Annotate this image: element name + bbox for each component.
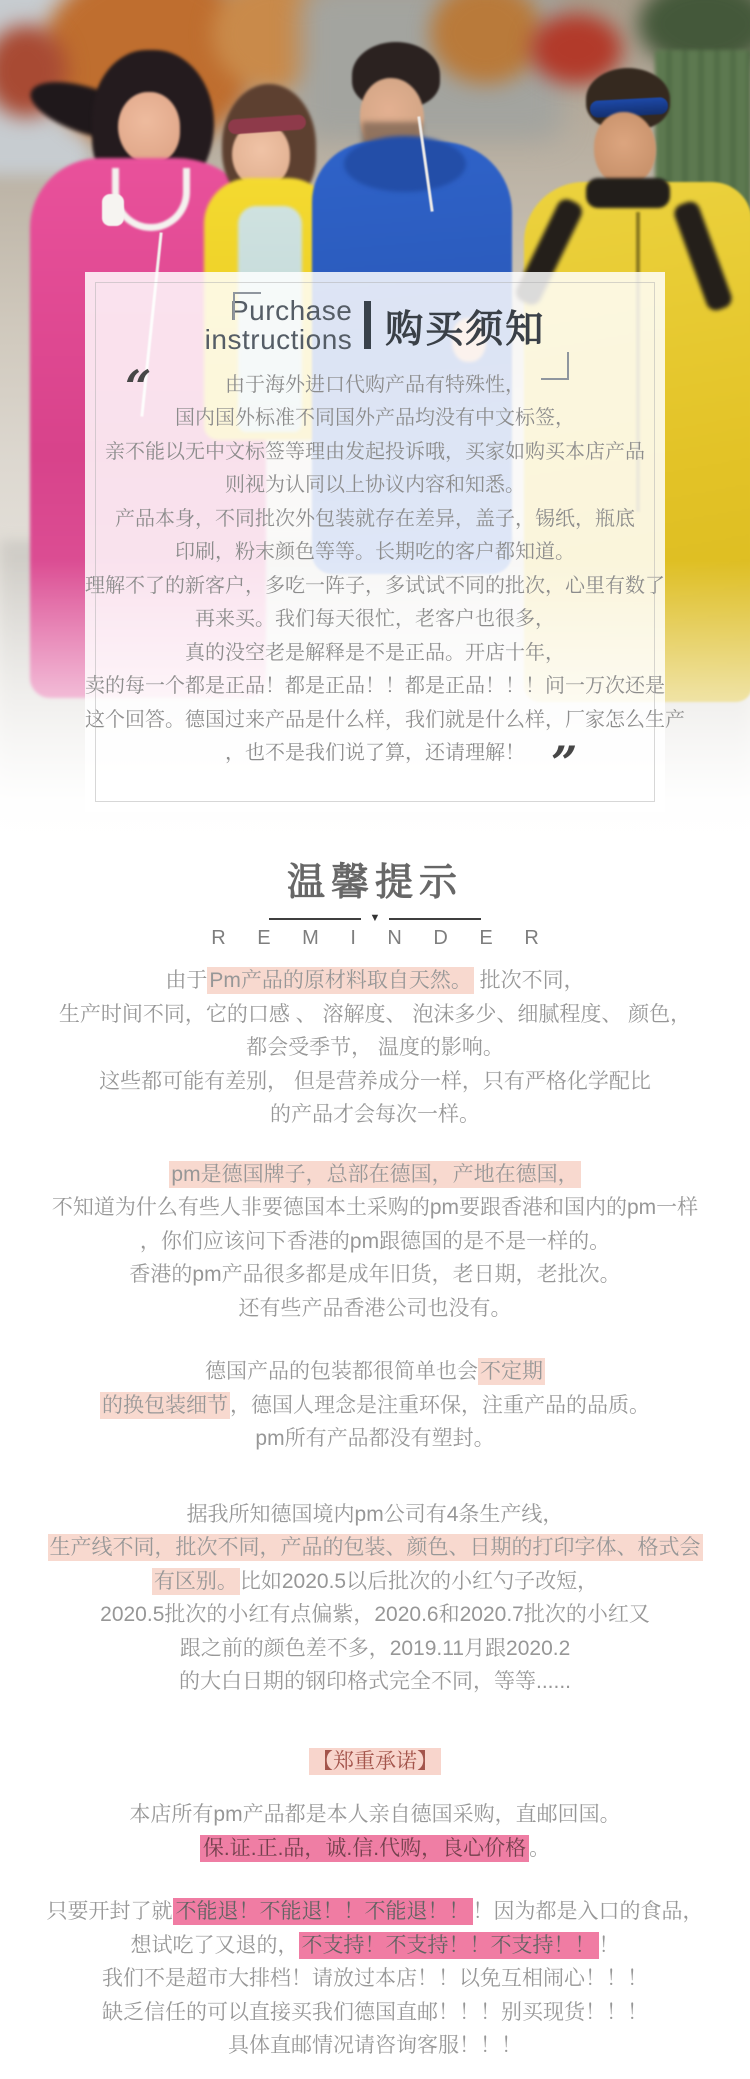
text-line: pm是德国牌子，总部在德国，产地在德国， <box>0 1158 750 1192</box>
text-line: 这些都可能有差别， 但是营养成分一样，只有严格化学配比 <box>0 1065 750 1099</box>
text-line: 不知道为什么有些人非要德国本土采购的pm要跟香港和国内的pm一样 <box>0 1191 750 1225</box>
reminder-blocks: 由于Pm产品的原材料取自天然。 批次不同，生产时间不同，它的口感 、 溶解度、 … <box>0 964 750 2063</box>
notice-header: Purchase instructions 购买须知 <box>85 272 665 355</box>
hero-photo: Purchase instructions 购买须知 “ 由于海外进口代购产品有… <box>0 0 750 845</box>
text-line: 真的没空老是解释是不是正品。开店十年， <box>85 637 665 671</box>
reminder-block: pm是德国牌子，总部在德国，产地在德国，不知道为什么有些人非要德国本土采购的pm… <box>0 1158 750 1326</box>
text-line: 香港的pm产品很多都是成年旧货，老日期，老批次。 <box>0 1258 750 1292</box>
text-segment: ，也不是我们说了算，还请理解！ <box>225 742 525 764</box>
text-segment: 产品本身，不同批次外包装就存在差异，盖子，锡纸，瓶底 <box>115 508 635 530</box>
text-segment: 批次不同， <box>474 969 585 992</box>
text-segment: 国内国外标准不同国外产品均没有中文标签， <box>175 407 575 429</box>
highlighted-text: 【郑重承诺】 <box>309 1748 441 1775</box>
notice-title-zh: 购买须知 <box>385 298 545 353</box>
quote-open-icon: “ <box>125 364 151 410</box>
text-line: 据我所知德国境内pm公司有4条生产线， <box>0 1498 750 1532</box>
text-line: 产品本身，不同批次外包装就存在差异，盖子，锡纸，瓶底 <box>85 503 665 537</box>
reminder-block: 【郑重承诺】本店所有pm产品都是本人亲自德国采购，直邮回国。保.证.正.品，诚.… <box>0 1745 750 1866</box>
highlighted-text: pm是德国牌子，总部在德国，产地在德国， <box>169 1161 580 1188</box>
notice-card: Purchase instructions 购买须知 “ 由于海外进口代购产品有… <box>85 272 665 812</box>
text-line: 由于海外进口代购产品有特殊性， <box>85 369 665 403</box>
text-segment: pm所有产品都没有塑封。 <box>255 1427 494 1450</box>
text-line: 亲不能以无中文标签等理由发起投诉哦，买家如购买本店产品 <box>85 436 665 470</box>
text-segment: 的产品才会每次一样。 <box>270 1103 480 1126</box>
text-segment: 2020.5批次的小红有点偏紫，2020.6和2020.7批次的小红又 <box>100 1603 650 1626</box>
text-segment: 只要开封了就 <box>47 1900 173 1923</box>
notice-title-en-line2: instructions <box>205 325 353 354</box>
promo-page: Purchase instructions 购买须知 “ 由于海外进口代购产品有… <box>0 0 750 2079</box>
text-segment: 想试吃了又退的， <box>131 1934 299 1957</box>
text-line: 的换包装细节，德国人理念是注重环保，注重产品的品质。 <box>0 1389 750 1423</box>
quote-close-icon: ” <box>551 740 577 786</box>
divider-bar-icon <box>364 301 371 349</box>
reminder-divider: ▼ <box>0 913 750 924</box>
text-line: 的大白日期的钢印格式完全不同，等等...... <box>0 1665 750 1699</box>
text-segment: 本店所有pm产品都是本人亲自德国采购，直邮回国。 <box>129 1803 620 1826</box>
text-segment: 香港的pm产品很多都是成年旧货，老日期，老批次。 <box>129 1263 620 1286</box>
reminder-section: 温馨提示 ▼ R E M I N D E R 由于Pm产品的原材料取自天然。 批… <box>0 845 750 2063</box>
triangle-down-icon: ▼ <box>370 913 381 924</box>
text-line: 我们不是超市大排档！请放过本店！！以免互相闹心！！！ <box>0 1962 750 1996</box>
text-segment: 还有些产品香港公司也没有。 <box>239 1297 512 1320</box>
text-line: 还有些产品香港公司也没有。 <box>0 1292 750 1326</box>
text-line: ，你们应该问下香港的pm跟德国的是不是一样的。 <box>0 1225 750 1259</box>
text-segment: 由于海外进口代购产品有特殊性， <box>225 374 525 396</box>
reminder-title: 温馨提示 <box>0 845 750 906</box>
text-line: 只要开封了就不能退！不能退！！不能退！！！因为都是入口的食品， <box>0 1895 750 1929</box>
notice-title-en: Purchase instructions <box>205 296 353 355</box>
text-segment: 德国产品的包装都很简单也会 <box>205 1360 478 1383</box>
text-line: 都会受季节， 温度的影响。 <box>0 1031 750 1065</box>
highlighted-text: 的换包装细节 <box>100 1392 230 1419</box>
corner-bracket-top-left-icon <box>233 292 261 320</box>
text-segment: 这个回答。德国过来产品是什么样，我们就是什么样，厂家怎么生产 <box>85 709 685 731</box>
text-line: 保.证.正.品，诚.信.代购，良心价格。 <box>0 1832 750 1866</box>
text-segment: 真的没空老是解释是不是正品。开店十年， <box>185 642 565 664</box>
highlighted-text: 不支持！不支持！！不支持！！ <box>299 1932 599 1959</box>
text-line: 生产线不同，批次不同，产品的包装、颜色、日期的打印字体、格式会 <box>0 1531 750 1565</box>
text-segment: 的大白日期的钢印格式完全不同，等等...... <box>179 1670 571 1693</box>
text-segment: 则视为认同以上协议内容和知悉。 <box>225 474 525 496</box>
text-segment: 比如2020.5以后批次的小红勺子改短， <box>240 1570 598 1593</box>
text-line: 这个回答。德国过来产品是什么样，我们就是什么样，厂家怎么生产 <box>85 704 665 738</box>
highlighted-text: 有区别。 <box>152 1568 240 1595</box>
text-segment: 都会受季节， 温度的影响。 <box>246 1036 504 1059</box>
reminder-subtitle: R E M I N D E R <box>0 927 750 950</box>
reminder-block: 据我所知德国境内pm公司有4条生产线，生产线不同，批次不同，产品的包装、颜色、日… <box>0 1498 750 1699</box>
text-line: 生产时间不同，它的口感 、 溶解度、 泡沫多少、细腻程度、 颜色， <box>0 998 750 1032</box>
text-line: 想试吃了又退的，不支持！不支持！！不支持！！！ <box>0 1929 750 1963</box>
text-line: 跟之前的颜色差不多，2019.11月跟2020.2 <box>0 1632 750 1666</box>
text-line: 缺乏信任的可以直接买我们德国直邮！！！别买现货！！！ <box>0 1996 750 2030</box>
text-line: 理解不了的新客户，多吃一阵子，多试试不同的批次，心里有数了 <box>85 570 665 604</box>
text-line: 有区别。比如2020.5以后批次的小红勺子改短， <box>0 1565 750 1599</box>
text-segment: 生产时间不同，它的口感 、 溶解度、 泡沫多少、细腻程度、 颜色， <box>59 1003 691 1026</box>
highlighted-text: 保.证.正.品，诚.信.代购，良心价格 <box>200 1835 529 1862</box>
text-line: 2020.5批次的小红有点偏紫，2020.6和2020.7批次的小红又 <box>0 1598 750 1632</box>
text-line: 则视为认同以上协议内容和知悉。 <box>85 469 665 503</box>
text-segment: 不知道为什么有些人非要德国本土采购的pm要跟香港和国内的pm一样 <box>52 1196 698 1219</box>
divider-line-right <box>389 918 481 920</box>
text-segment: 亲不能以无中文标签等理由发起投诉哦，买家如购买本店产品 <box>105 441 645 463</box>
text-segment: 印刷，粉末颜色等等。长期吃的客户都知道。 <box>175 541 575 563</box>
text-line: 具体直邮情况请咨询客服！！！ <box>0 2029 750 2063</box>
text-segment: ！ <box>599 1934 620 1957</box>
text-segment: 卖的每一个都是正品！都是正品！！都是正品！！！问一万次还是 <box>85 675 665 697</box>
text-line: 本店所有pm产品都是本人亲自德国采购，直邮回国。 <box>0 1798 750 1832</box>
highlighted-text: 不能退！不能退！！不能退！！ <box>173 1898 473 1925</box>
divider-line-left <box>269 918 361 920</box>
text-segment: 理解不了的新客户，多吃一阵子，多试试不同的批次，心里有数了 <box>85 575 665 597</box>
corner-bracket-bottom-right-icon <box>541 352 569 380</box>
text-segment: 。 <box>529 1837 550 1860</box>
text-line: 印刷，粉末颜色等等。长期吃的客户都知道。 <box>85 536 665 570</box>
reminder-block: 只要开封了就不能退！不能退！！不能退！！！因为都是入口的食品，想试吃了又退的，不… <box>0 1895 750 2063</box>
text-segment: 再来买。我们每天很忙，老客户也很多， <box>195 608 555 630</box>
notice-paragraph: 由于海外进口代购产品有特殊性，国内国外标准不同国外产品均没有中文标签，亲不能以无… <box>85 369 665 771</box>
text-segment: ，你们应该问下香港的pm跟德国的是不是一样的。 <box>140 1230 610 1253</box>
highlighted-text: 不定期 <box>478 1358 545 1385</box>
text-line: pm所有产品都没有塑封。 <box>0 1422 750 1456</box>
reminder-block: 由于Pm产品的原材料取自天然。 批次不同，生产时间不同，它的口感 、 溶解度、 … <box>0 964 750 1132</box>
text-line: ，也不是我们说了算，还请理解！ <box>85 737 665 771</box>
text-line: 的产品才会每次一样。 <box>0 1098 750 1132</box>
reminder-block: 德国产品的包装都很简单也会不定期的换包装细节，德国人理念是注重环保，注重产品的品… <box>0 1355 750 1456</box>
text-line: 再来买。我们每天很忙，老客户也很多， <box>85 603 665 637</box>
text-segment: 具体直邮情况请咨询客服！！！ <box>228 2034 522 2057</box>
highlighted-text: Pm产品的原材料取自天然。 <box>207 967 474 994</box>
text-line: 【郑重承诺】 <box>0 1745 750 1779</box>
text-segment: 我们不是超市大排档！请放过本店！！以免互相闹心！！！ <box>102 1967 648 1990</box>
text-segment: 跟之前的颜色差不多，2019.11月跟2020.2 <box>180 1637 571 1660</box>
text-line: 卖的每一个都是正品！都是正品！！都是正品！！！问一万次还是 <box>85 670 665 704</box>
text-segment: ！因为都是入口的食品， <box>473 1900 704 1923</box>
text-line: 德国产品的包装都很简单也会不定期 <box>0 1355 750 1389</box>
text-segment: 据我所知德国境内pm公司有4条生产线， <box>187 1503 564 1526</box>
notice-title-en-line1: Purchase <box>205 296 353 325</box>
text-segment: 这些都可能有差别， 但是营养成分一样，只有严格化学配比 <box>99 1070 651 1093</box>
face <box>594 112 656 186</box>
text-line: 由于Pm产品的原材料取自天然。 批次不同， <box>0 964 750 998</box>
black-collar <box>586 178 670 208</box>
text-segment: 由于 <box>165 969 207 992</box>
text-segment: ，德国人理念是注重环保，注重产品的品质。 <box>230 1394 650 1417</box>
text-segment: 缺乏信任的可以直接买我们德国直邮！！！别买现货！！！ <box>102 2001 648 2024</box>
text-line: 国内国外标准不同国外产品均没有中文标签， <box>85 402 665 436</box>
highlighted-text: 生产线不同，批次不同，产品的包装、颜色、日期的打印字体、格式会 <box>48 1534 703 1561</box>
